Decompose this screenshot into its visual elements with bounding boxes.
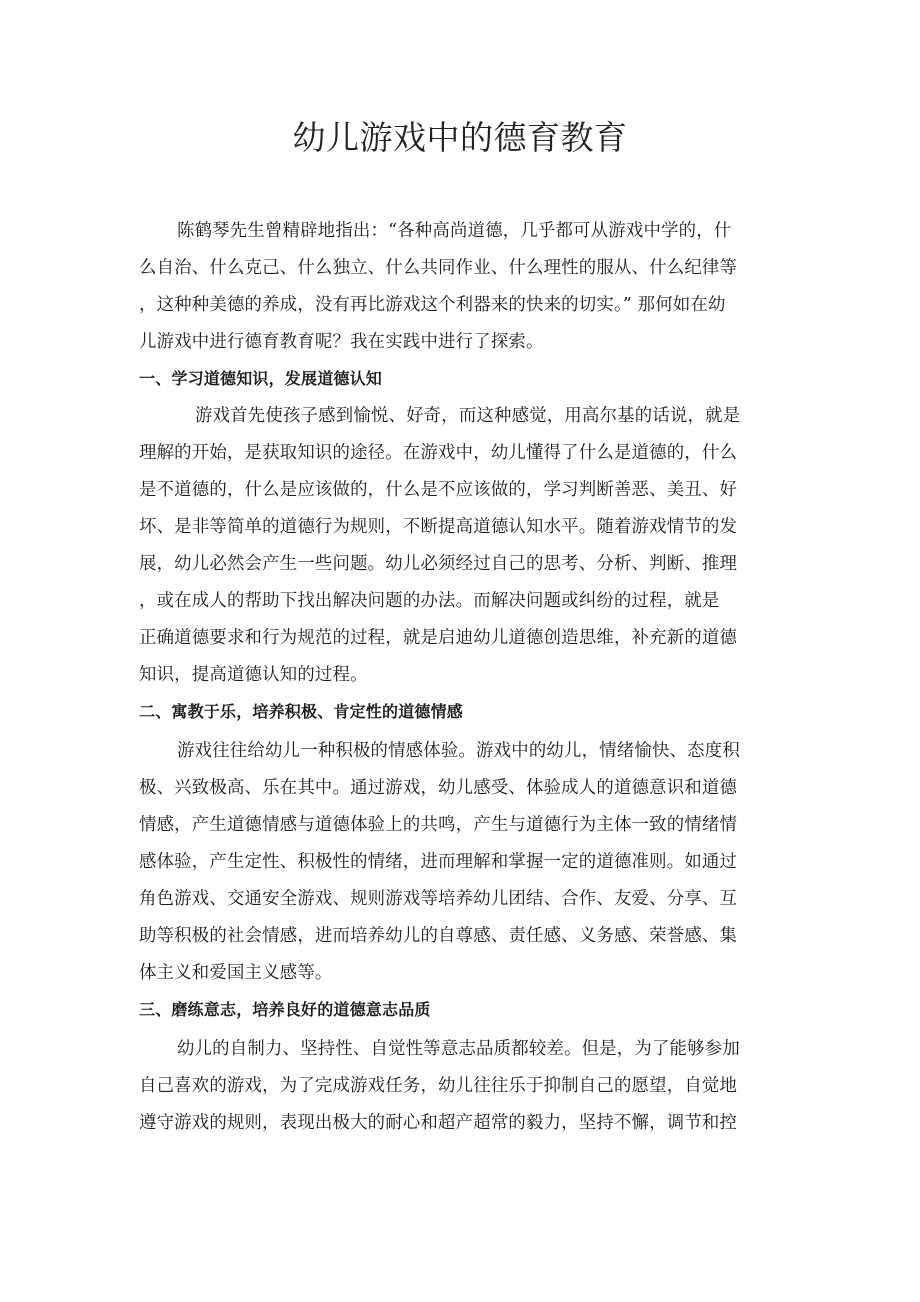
body-text-line: 坏、是非等简单的道德行为规则，不断提高道德认知水平。随着游戏情节的发 — [139, 516, 779, 538]
body-text-line: 儿游戏中进行德育教育呢？我在实践中进行了探索。 — [139, 331, 779, 353]
body-text-line: 游戏往往给幼儿一种积极的情感体验。游戏中的幼儿，情绪愉快、态度积 — [139, 740, 817, 762]
body-text-line: 遵守游戏的规则，表现出极大的耐心和超产超常的毅力，坚持不懈，调节和控 — [139, 1112, 779, 1134]
body-text-line: 情感，产生道德情感与道德体验上的共鸣，产生与道德行为主体一致的情绪情 — [139, 814, 779, 836]
section-heading: 二、寓教于乐，培养积极、肯定性的道德情感 — [139, 701, 779, 723]
document-title: 幼儿游戏中的德育教育 — [0, 112, 920, 159]
body-text-line: 是不道德的，什么是应该做的，什么是不应该做的，学习判断善恶、美丑、好 — [139, 479, 779, 501]
body-text-line: 正确道德要求和行为规范的过程，就是启迪幼儿道德创造思维，补充新的道德 — [139, 627, 779, 649]
body-text-line: ，或在成人的帮助下找出解决问题的办法。而解决问题或纠纷的过程，就是 — [139, 590, 779, 612]
body-text-line: 游戏首先使孩子感到愉悦、好奇，而这种感觉，用高尔基的话说，就是 — [139, 405, 835, 427]
body-text-line: 感体验，产生定性、积极性的情绪，进而理解和掌握一定的道德准则。如通过 — [139, 851, 779, 873]
body-text-line: 幼儿的自制力、坚持性、自觉性等意志品质都较差。但是，为了能够参加 — [139, 1038, 817, 1060]
document-page: 幼儿游戏中的德育教育 陈鹤琴先生曾精辟地指出：“各种高尚道德，几乎都可从游戏中学… — [0, 0, 920, 1302]
body-text-line: 陈鹤琴先生曾精辟地指出：“各种高尚道德，几乎都可从游戏中学的，什 — [139, 220, 817, 242]
body-text-line: 么自治、什么克己、什么独立、什么共同作业、什么理性的服从、什么纪律等 — [139, 257, 779, 279]
section-heading: 一、学习道德知识，发展道德认知 — [139, 368, 779, 390]
body-text-line: 知识，提高道德认知的过程。 — [139, 664, 779, 686]
body-text-line: 角色游戏、交通安全游戏、规则游戏等培养幼儿团结、合作、友爱、分享、互 — [139, 888, 779, 910]
body-text-line: ，这种种美德的养成，没有再比游戏这个利器来的快来的切实。” 那何如在幼 — [139, 294, 779, 316]
body-text-line: 体主义和爱国主义感等。 — [139, 962, 779, 984]
body-text-line: 自己喜欢的游戏，为了完成游戏任务，幼儿往往乐于抑制自己的愿望，自觉地 — [139, 1075, 779, 1097]
section-heading: 三、磨练意志，培养良好的道德意志品质 — [139, 999, 779, 1021]
body-text-line: 理解的开始，是获取知识的途径。在游戏中，幼儿懂得了什么是道德的，什么 — [139, 442, 779, 464]
body-text-line: 助等积极的社会情感，进而培养幼儿的自尊感、责任感、义务感、荣誉感、集 — [139, 925, 779, 947]
body-text-line: 展，幼儿必然会产生一些问题。幼儿必须经过自己的思考、分析、判断、推理 — [139, 553, 779, 575]
body-text-line: 极、兴致极高、乐在其中。通过游戏，幼儿感受、体验成人的道德意识和道德 — [139, 777, 779, 799]
